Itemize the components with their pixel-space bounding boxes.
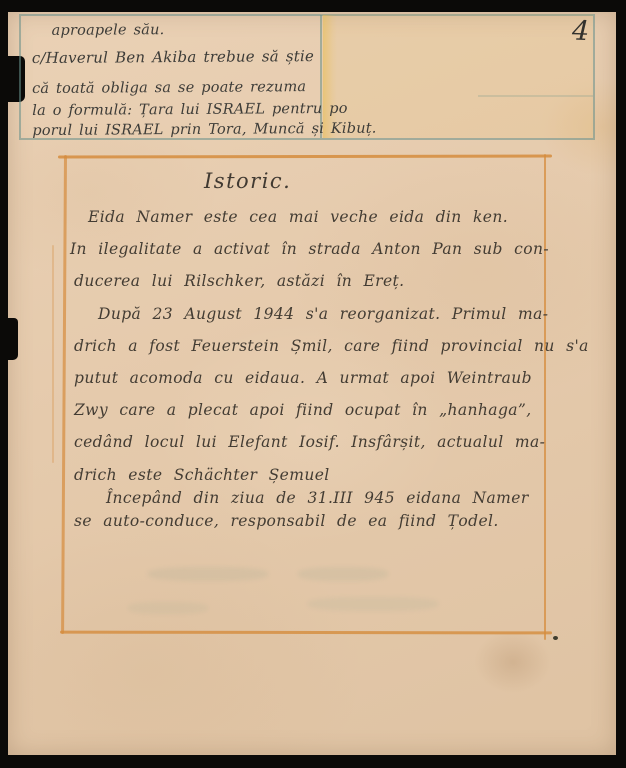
bleed-through-mark xyxy=(308,597,438,611)
screenshot-root: { "page_number": "4", "top_note": { "lin… xyxy=(0,0,626,768)
main-note-line: Începând din ziua de 31.III 945 eidana N… xyxy=(70,489,548,512)
faint-rule-line xyxy=(478,95,593,97)
main-note-border-left xyxy=(61,155,66,634)
main-note-line: Eida Namer este cea mai veche eida din k… xyxy=(70,208,548,240)
top-note-line: c/Haverul Ben Akiba trebue să știe xyxy=(32,46,328,68)
main-note-line: In ilegalitate a activat în strada Anton… xyxy=(70,240,548,272)
yellow-tinted-cell xyxy=(321,14,593,138)
left-edge-notch xyxy=(8,318,18,360)
stray-pencil-mark xyxy=(52,245,54,463)
main-note-line: Zwy care a plecat apoi fiind ocupat în „… xyxy=(70,401,548,433)
top-note-line: la o formulă: Țara lui ISRAEL pentru po xyxy=(32,99,328,121)
main-note-line: putut acomoda cu eidaua. A urmat apoi We… xyxy=(70,369,548,401)
main-note-line: ducerea lui Rilschker, astăzi în Ereț. xyxy=(70,272,548,304)
main-note-text: Eida Namer este cea mai veche eida din k… xyxy=(70,208,548,544)
main-note-border-bottom xyxy=(60,631,552,634)
top-note-line: că toată obliga sa se poate rezuma xyxy=(32,77,328,99)
main-note-border-top xyxy=(58,154,552,158)
top-note-line: porul lui ISRAEL prin Tora, Muncă și Kib… xyxy=(32,119,328,141)
bleed-through-mark xyxy=(128,602,208,614)
bleed-through-mark xyxy=(148,567,268,581)
main-note-line: După 23 August 1944 s'a reorganizat. Pri… xyxy=(70,305,548,337)
manuscript-page: 4 aproapele său. c/Haverul Ben Akiba tre… xyxy=(8,12,616,755)
bleed-through-mark xyxy=(298,567,388,581)
ink-dot xyxy=(553,636,558,640)
top-note-text: aproapele său. c/Haverul Ben Akiba trebu… xyxy=(32,19,329,141)
main-note-line: cedând locul lui Elefant Iosif. Insfârși… xyxy=(70,433,548,465)
main-note-line: drich a fost Feuerstein Șmil, care fiind… xyxy=(70,337,548,369)
page-number: 4 xyxy=(571,15,602,47)
main-note-line: se auto-conduce, responsabil de ea fiind… xyxy=(70,512,548,544)
main-note-line: drich este Schächter Șemuel xyxy=(70,466,548,489)
top-note-line: aproapele său. xyxy=(52,19,328,41)
main-note-title: Istoric. xyxy=(204,169,291,193)
